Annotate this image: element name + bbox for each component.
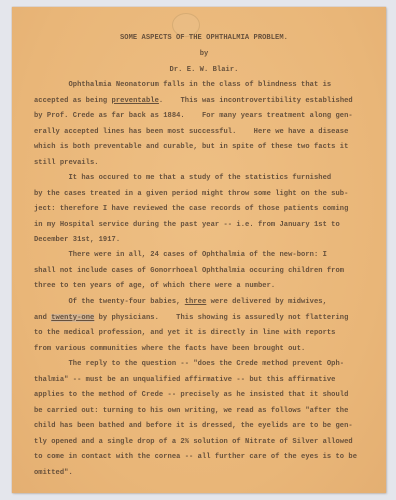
- text-line: still prevails.: [34, 156, 99, 172]
- text-line: Of the twenty-four babies, three were de…: [34, 295, 327, 311]
- text-line: from various communities where the facts…: [34, 342, 305, 358]
- text-line: The reply to the question -- "does the C…: [34, 357, 344, 373]
- text-line: to the medical profession, and yet it is…: [34, 326, 336, 342]
- text-line: applies to the method of Crede -- precis…: [34, 388, 348, 404]
- text-line: and twenty-one by physicians. This showi…: [34, 311, 348, 327]
- text-line: by Prof. Crede as far back as 1884. For …: [34, 109, 353, 125]
- text-line: child has been bathed and before it is d…: [34, 419, 353, 435]
- text-line: It has occured to me that a study of the…: [34, 171, 331, 187]
- text-line: erally accepted lines has been most succ…: [34, 125, 348, 141]
- author: Dr. E. W. Blair.: [34, 63, 374, 79]
- underlined-word: three: [185, 298, 207, 306]
- text-line: be carried out: turning to his own writi…: [34, 404, 348, 420]
- highlighted-word: twenty-one: [51, 314, 94, 322]
- text-line: in my Hospital service during the past y…: [34, 218, 340, 234]
- typewritten-page: SOME ASPECTS OF THE OPHTHALMIA PROBLEM. …: [12, 7, 386, 493]
- byline: by: [34, 47, 374, 63]
- text-line: omitted".: [34, 466, 73, 482]
- text-line: accepted as being preventable. This was …: [34, 94, 353, 110]
- underlined-word: preventable: [112, 97, 159, 105]
- text-line: to come in contact with the cornea -- al…: [34, 450, 357, 466]
- text-line: shall not include cases of Gonorrhoeal O…: [34, 264, 344, 280]
- text-line: thalmia" -- must be an unqualified affir…: [34, 373, 336, 389]
- document-title: SOME ASPECTS OF THE OPHTHALMIA PROBLEM.: [34, 31, 374, 47]
- text-line: three to ten years of age, of which ther…: [34, 279, 275, 295]
- text-line: ject: therefore I have reviewed the case…: [34, 202, 348, 218]
- text-line: which is both preventable and curable, b…: [34, 140, 348, 156]
- text-line: tly opened and a single drop of a 2% sol…: [34, 435, 353, 451]
- text-line: Ophthalmia Neonatorum falls in the class…: [34, 78, 331, 94]
- text-line: December 31st, 1917.: [34, 233, 120, 249]
- text-line: There were in all, 24 cases of Ophthalmi…: [34, 248, 327, 264]
- text-line: by the cases treated in a given period m…: [34, 187, 348, 203]
